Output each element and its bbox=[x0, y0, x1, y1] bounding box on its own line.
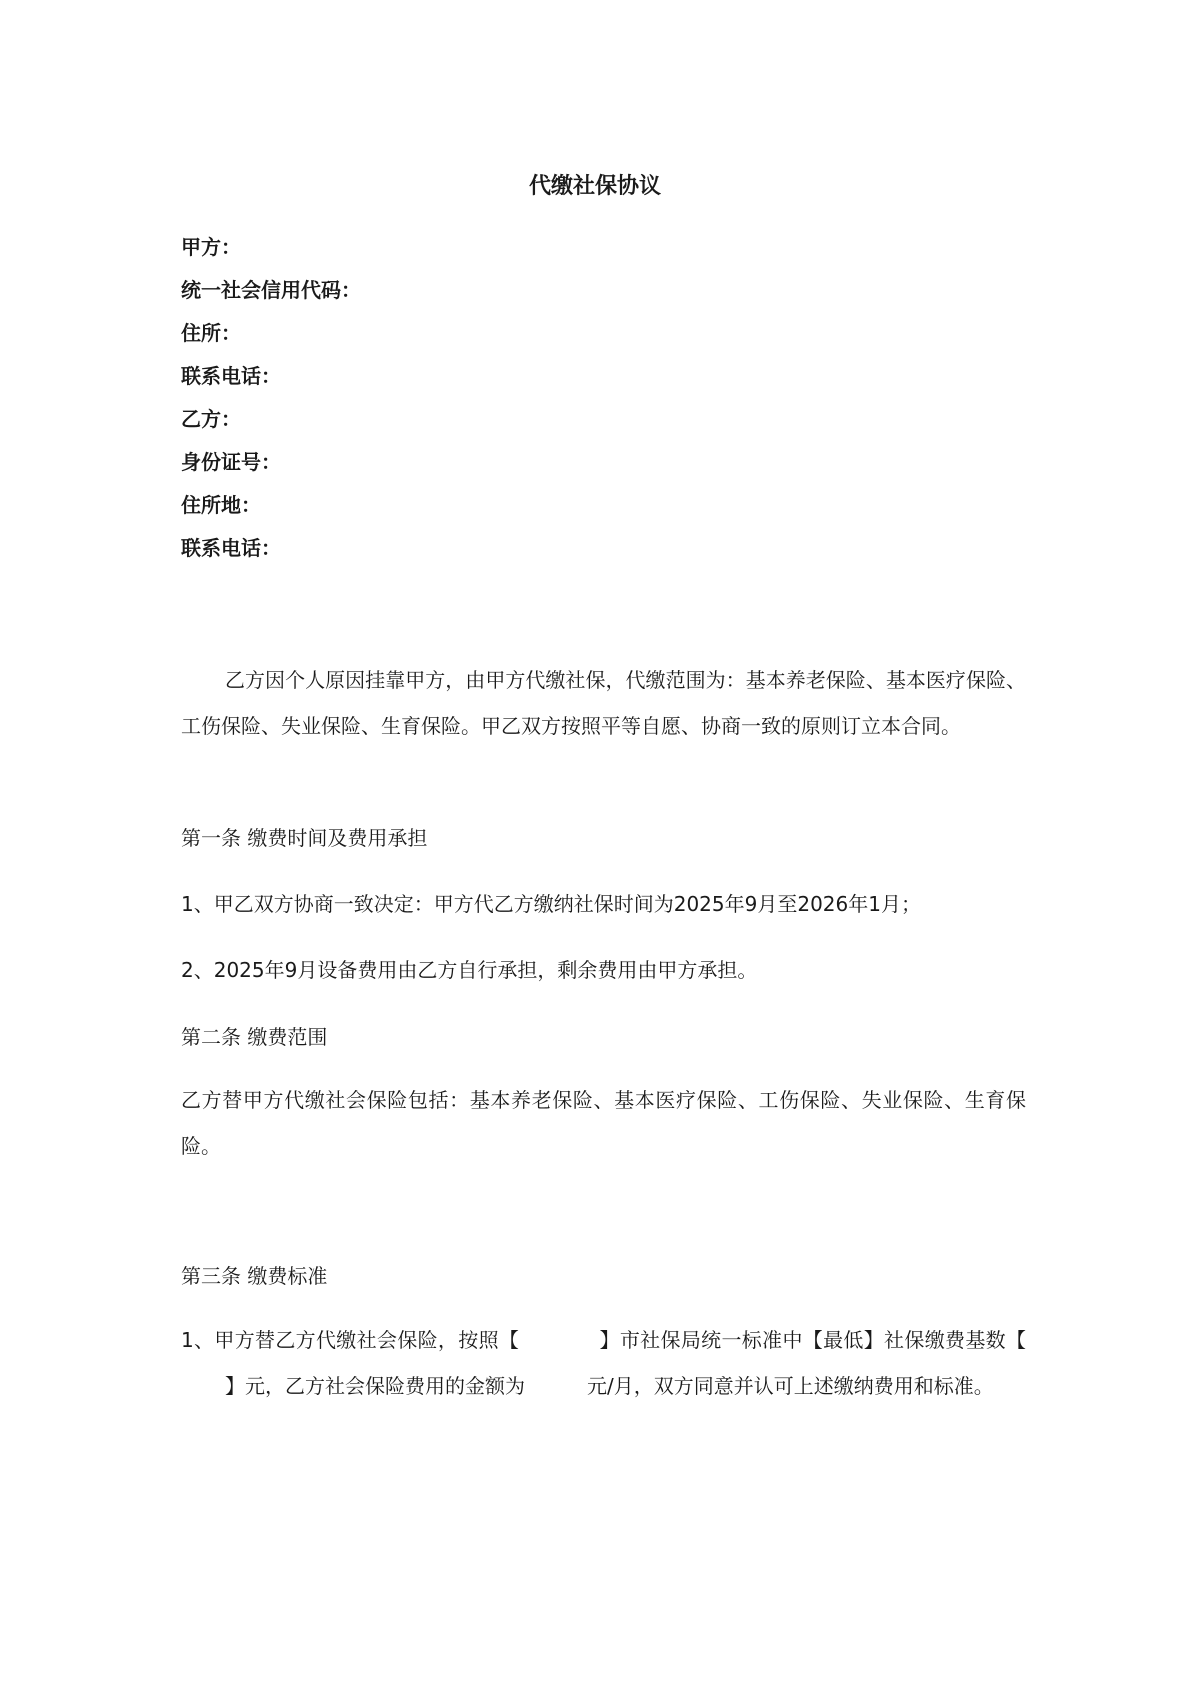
article-3-heading: 第三条 缴费标准 bbox=[181, 1262, 327, 1290]
party-b-phone-label: 联系电话： bbox=[181, 534, 281, 562]
party-b-address-label: 住所地： bbox=[181, 491, 261, 519]
preamble-paragraph: 乙方因个人原因挂靠甲方，由甲方代缴社保，代缴范围为：基本养老保险、基本医疗保险、… bbox=[181, 657, 1026, 749]
article-3-text-3: 】元，乙方社会保险费用的金额为 bbox=[225, 1374, 525, 1398]
party-a-address-label: 住所： bbox=[181, 319, 241, 347]
article-1-item-2: 2、2025年9月设备费用由乙方自行承担，剩余费用由甲方承担。 bbox=[181, 956, 757, 984]
article-1-item-1: 1、甲乙双方协商一致决定：甲方代乙方缴纳社保时间为2025年9月至2026年1月… bbox=[181, 890, 921, 918]
id-number-label: 身份证号： bbox=[181, 448, 281, 476]
article-2-item-1: 乙方替甲方代缴社会保险包括：基本养老保险、基本医疗保险、工伤保险、失业保险、生育… bbox=[181, 1077, 1026, 1169]
article-3-text-2: 】市社保局统一标准中【最低】社保缴费基数【 bbox=[599, 1328, 1026, 1352]
article-3-text-1: 1、甲方替乙方代缴社会保险，按照【 bbox=[181, 1328, 519, 1352]
article-2-heading: 第二条 缴费范围 bbox=[181, 1023, 327, 1051]
party-b-label: 乙方： bbox=[181, 405, 241, 433]
article-1-heading: 第一条 缴费时间及费用承担 bbox=[181, 824, 427, 852]
party-a-phone-label: 联系电话： bbox=[181, 362, 281, 390]
article-3-text-4: 元/月，双方同意并认可上述缴纳费用和标准。 bbox=[587, 1374, 994, 1398]
document-page: 代缴社保协议 甲方： 统一社会信用代码： 住所： 联系电话： 乙方： 身份证号：… bbox=[0, 0, 1190, 1683]
party-a-label: 甲方： bbox=[181, 233, 241, 261]
article-3-item-1: 1、甲方替乙方代缴社会保险，按照【】市社保局统一标准中【最低】社保缴费基数【】元… bbox=[181, 1317, 1026, 1409]
document-title: 代缴社保协议 bbox=[0, 172, 1190, 202]
credit-code-label: 统一社会信用代码： bbox=[181, 276, 361, 304]
